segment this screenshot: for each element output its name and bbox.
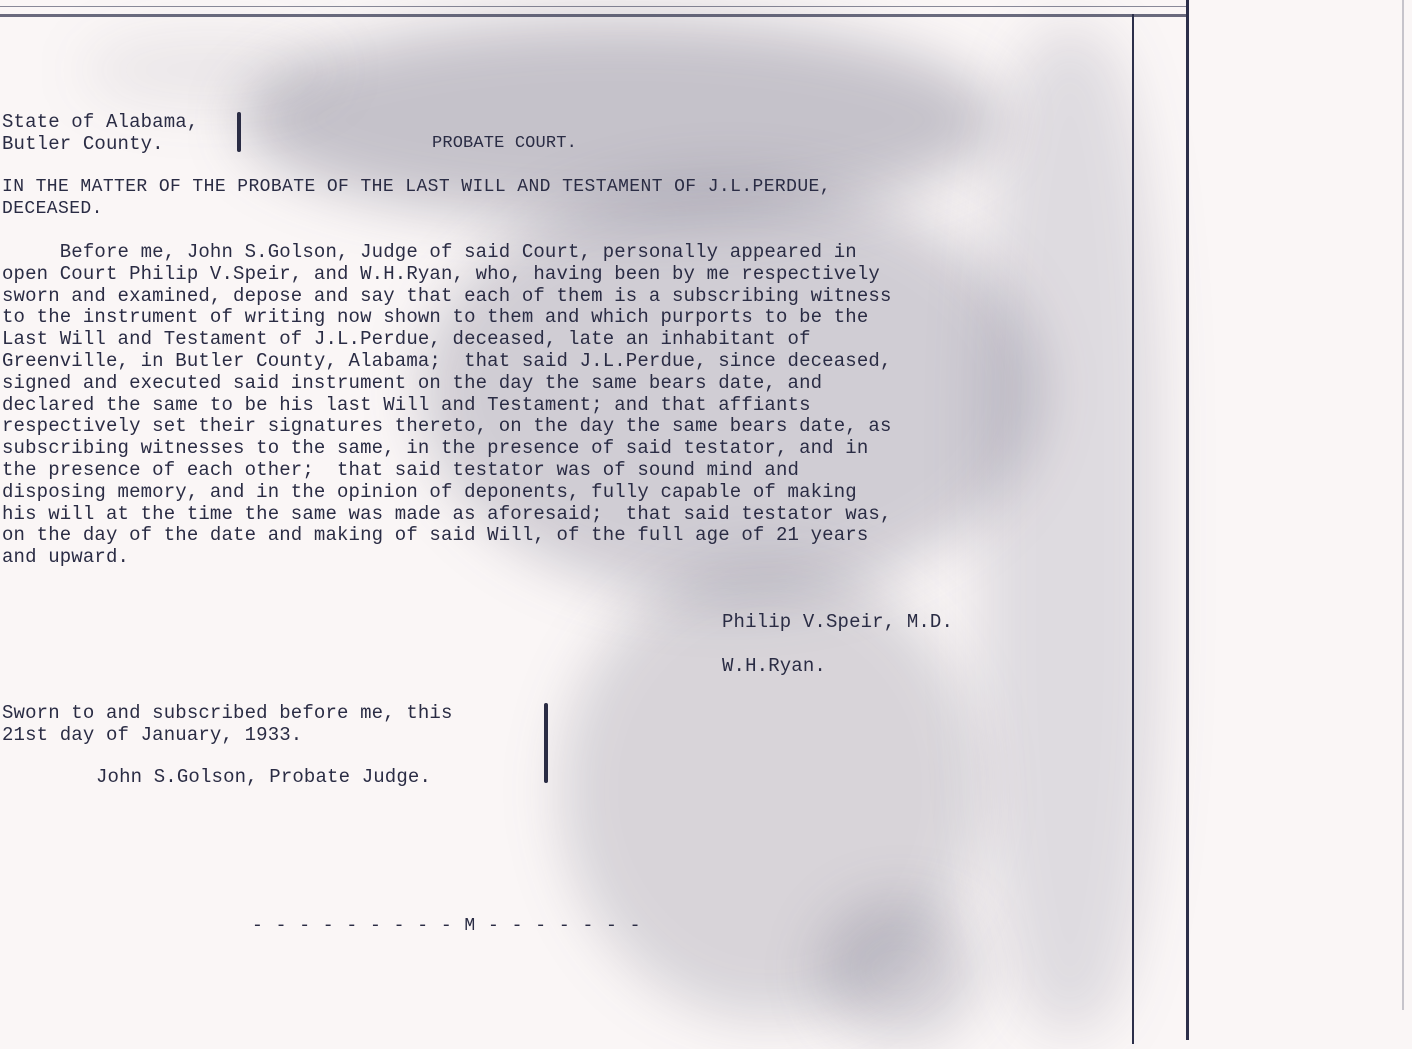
- body-line: subscribing witnesses to the same, in th…: [2, 438, 892, 460]
- body-line: respectively set their signatures theret…: [2, 416, 892, 438]
- body-line: signed and executed said instrument on t…: [2, 373, 892, 395]
- body-line: the presence of each other; that said te…: [2, 460, 892, 482]
- witness-signature-ryan: W.H.Ryan.: [722, 656, 826, 678]
- photocopy-smudge: [820, 900, 980, 1040]
- margin-rule-inner: [1132, 14, 1134, 1044]
- body-line: on the day of the date and making of sai…: [2, 525, 892, 547]
- jurat: Sworn to and subscribed before me, this …: [2, 703, 453, 747]
- body-line: declared the same to be his last Will an…: [2, 395, 892, 417]
- scan-edge-mark: [1402, 0, 1404, 1010]
- court-title: PROBATE COURT.: [432, 133, 577, 155]
- body-line: and upward.: [2, 547, 892, 569]
- venue-caption: State of Alabama, Butler County.: [2, 112, 198, 156]
- body-line: disposing memory, and in the opinion of …: [2, 482, 892, 504]
- jurat-line: Sworn to and subscribed before me, this: [2, 702, 453, 724]
- top-border-rule: [0, 6, 1186, 7]
- scanned-document-page: State of Alabama, Butler County. PROBATE…: [0, 0, 1412, 1049]
- caption-state: State of Alabama,: [2, 111, 198, 133]
- photocopy-smudge: [80, 30, 340, 110]
- caption-bracket: [237, 112, 241, 152]
- section-divider: - - - - - - - - - M - - - - - - -: [252, 916, 641, 938]
- body-line: Greenville, in Butler County, Alabama; t…: [2, 351, 892, 373]
- margin-rule-outer: [1186, 0, 1189, 1040]
- jurat-bracket: [544, 703, 548, 783]
- affidavit-body: Before me, John S.Golson, Judge of said …: [2, 242, 892, 569]
- top-border-rule-thick: [0, 14, 1186, 17]
- body-line: to the instrument of writing now shown t…: [2, 307, 892, 329]
- matter-heading-line: IN THE MATTER OF THE PROBATE OF THE LAST…: [2, 177, 831, 197]
- matter-heading: IN THE MATTER OF THE PROBATE OF THE LAST…: [2, 177, 831, 221]
- body-line: Before me, John S.Golson, Judge of said …: [2, 242, 892, 264]
- judge-signature: John S.Golson, Probate Judge.: [96, 767, 431, 789]
- caption-county: Butler County.: [2, 133, 164, 155]
- body-line: open Court Philip V.Speir, and W.H.Ryan,…: [2, 264, 892, 286]
- body-line: his will at the time the same was made a…: [2, 504, 892, 526]
- witness-signature-speir: Philip V.Speir, M.D.: [722, 612, 953, 634]
- matter-heading-line: DECEASED.: [2, 199, 103, 219]
- body-line: sworn and examined, depose and say that …: [2, 286, 892, 308]
- jurat-line: 21st day of January, 1933.: [2, 724, 302, 746]
- body-line: Last Will and Testament of J.L.Perdue, d…: [2, 329, 892, 351]
